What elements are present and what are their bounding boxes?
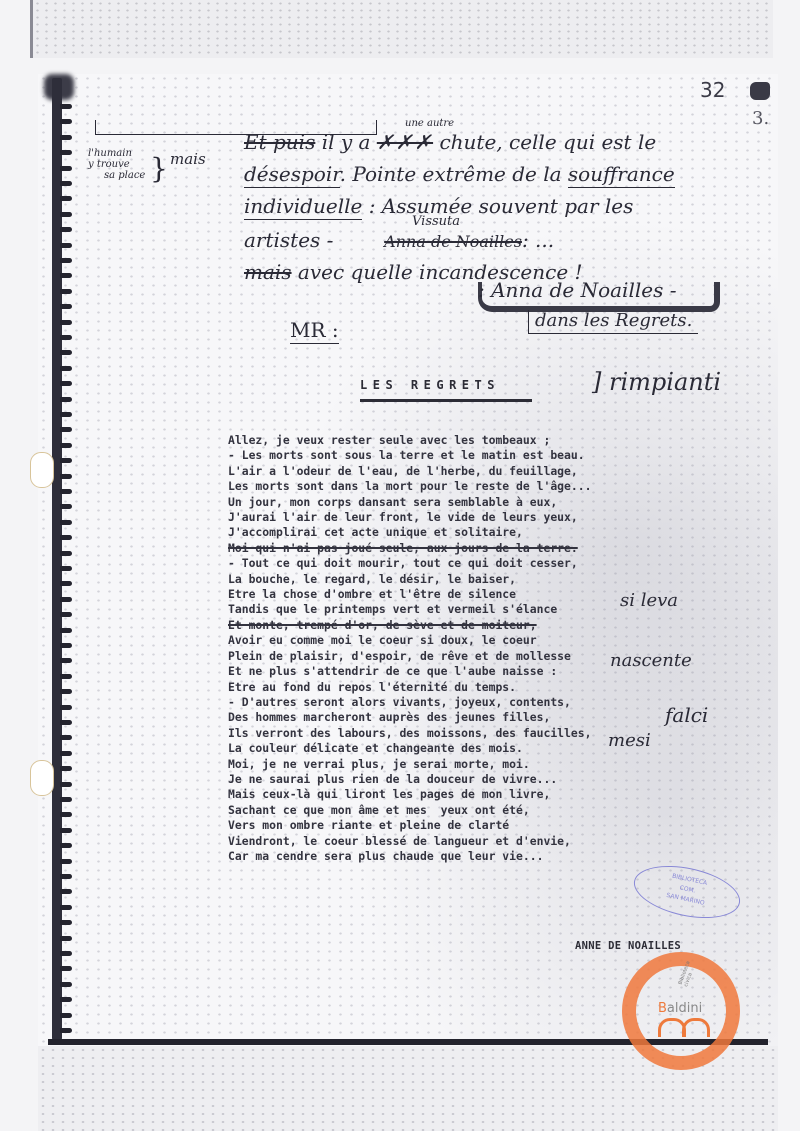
previous-page-edge: [30, 0, 773, 58]
poem-line: - Les morts sont sous la terre et le mat…: [228, 448, 591, 463]
poem-line: Un jour, mon corps dansant sera semblabl…: [228, 495, 591, 510]
spiral-ring: [60, 535, 72, 540]
spiral-ring: [60, 920, 72, 925]
spiral-ring: [60, 905, 72, 910]
poem-line: J'aurai l'air de leur front, le vide de …: [228, 510, 591, 525]
spiral-ring: [60, 843, 72, 848]
poem-line: Viendront, le coeur blessé de langueur e…: [228, 834, 591, 849]
spiral-ring: [60, 181, 72, 186]
insertion-note: Vissuta: [412, 214, 460, 229]
baldini-logo-text: Baldini: [658, 1001, 702, 1016]
spiral-ring: [60, 936, 72, 941]
annotation-text: artistes -: [244, 228, 333, 252]
spiral-ring: [60, 751, 72, 756]
spiral-ring: [60, 720, 72, 725]
spiral-ring: [60, 381, 72, 386]
spiral-ring: [60, 782, 72, 787]
spiral-ring: [60, 982, 72, 987]
annotation-text: chute, celle qui est le: [439, 130, 656, 154]
margin-mais: mais: [170, 150, 206, 168]
poem-line: Moi, je ne verrai plus, je serai morte, …: [228, 757, 591, 772]
right-note: nascente: [610, 650, 692, 671]
poem-body: Allez, je veux rester seule avec les tom…: [228, 433, 591, 864]
poem-line: Moi qui n'ai pas joué seule, aux jours d…: [228, 541, 591, 556]
spiral-ring: [60, 735, 72, 740]
annotation-line-2: désespoir. Pointe extrême de la souffran…: [244, 162, 675, 186]
poem-line: - D'autres seront alors vivants, joyeux,…: [228, 695, 591, 710]
brand-rest: aldini: [667, 1001, 702, 1016]
spiral-ring: [60, 628, 72, 633]
poem-line: Etre au fond du repos l'éternité du temp…: [228, 680, 591, 695]
sub-page-number: 3.: [752, 108, 769, 129]
spiral-ring: [60, 243, 72, 248]
spiral-ring: [60, 581, 72, 586]
page-number: 32: [700, 78, 725, 102]
mr-label: MR :: [290, 318, 339, 344]
margin-note-line: y trouve: [88, 159, 145, 170]
spiral-ring: [60, 135, 72, 140]
margin-note-line: l'humain: [88, 148, 145, 159]
annotation-line-7: dans les Regrets.: [528, 310, 698, 334]
title-underline: [360, 399, 532, 402]
ink-blot: [750, 82, 770, 100]
struck-text: ✗✗✗: [377, 130, 433, 154]
spiral-ring: [60, 966, 72, 971]
poem-line: Vers mon ombre riante et pleine de clart…: [228, 818, 591, 833]
spiral-ring: [60, 196, 72, 201]
right-note: si leva: [620, 590, 678, 611]
poem-line: Je ne saurai plus rien de la douceur de …: [228, 772, 591, 787]
brand-initial: B: [658, 1001, 667, 1016]
poem-line: Avoir eu comme moi le coeur si doux, le …: [228, 633, 591, 648]
spiral-ring: [60, 658, 72, 663]
annotation-line-1: Et puis il y a ✗✗✗ chute, celle qui est …: [244, 130, 656, 154]
spiral-ring: [60, 566, 72, 571]
spiral-ring: [60, 212, 72, 217]
struck-text: mais: [244, 260, 292, 284]
spiral-ring: [60, 458, 72, 463]
poem-line: Car ma cendre sera plus chaude que leur …: [228, 849, 591, 864]
poem-title: LES REGRETS: [360, 378, 500, 392]
spiral-ring: [60, 474, 72, 479]
spiral-ring: [60, 227, 72, 232]
poem-line: Etre la chose d'ombre et l'être de silen…: [228, 587, 591, 602]
spiral-ring: [60, 643, 72, 648]
spiral-ring: [60, 889, 72, 894]
spiral-ring: [60, 397, 72, 402]
spiral-ring: [60, 304, 72, 309]
spiral-ring: [60, 997, 72, 1002]
poem-line: Mais ceux-là qui liront les pages de mon…: [228, 787, 591, 802]
spiral-ring: [60, 289, 72, 294]
annotation-text: : ...: [522, 228, 554, 252]
poem-author: ANNE DE NOAILLES: [575, 940, 681, 952]
annotation-text: . Pointe extrême de la: [340, 162, 562, 186]
poem-line: Les morts sont dans la mort pour le rest…: [228, 479, 591, 494]
struck-text: Anna de Noailles: [384, 232, 522, 251]
poem-line: Plein de plaisir, d'espoir, de rêve et d…: [228, 649, 591, 664]
spiral-ring: [60, 366, 72, 371]
spiral-ring: [60, 412, 72, 417]
margin-note: l'humain y trouve sa place: [88, 148, 145, 181]
punch-hole: [30, 760, 54, 796]
annotation-line-6: : Anna de Noailles -: [478, 278, 676, 302]
spiral-ring: [60, 443, 72, 448]
right-note: falci: [665, 703, 708, 727]
poem-line: Des hommes marcheront auprès des jeunes …: [228, 710, 591, 725]
right-note: mesi: [608, 730, 651, 751]
brace-symbol: }: [150, 152, 168, 185]
spiral-ring: [60, 597, 72, 602]
annotation-text: : Assumée souvent par les: [369, 194, 634, 218]
annotation-line-4: artistes - Anna de Noailles: ...: [244, 228, 554, 252]
spiral-ring: [60, 551, 72, 556]
struck-text: Et puis: [244, 130, 315, 154]
poem-line: L'air a l'odeur de l'eau, de l'herbe, du…: [228, 464, 591, 479]
poem-line: La bouche, le regard, le désir, le baise…: [228, 572, 591, 587]
spiral-ring: [60, 812, 72, 817]
spiral-ring: [60, 320, 72, 325]
spiral-ring: [60, 859, 72, 864]
spiral-ring: [60, 612, 72, 617]
poem-line: J'accomplirai cet acte unique et solitai…: [228, 525, 591, 540]
spiral-ring: [60, 150, 72, 155]
spiral-ring: [60, 350, 72, 355]
title-note: ] rimpianti: [592, 368, 721, 396]
spiral-ring: [60, 874, 72, 879]
underlined-text: désespoir: [244, 162, 340, 188]
spiral-ring: [60, 951, 72, 956]
spiral-binding: [52, 78, 62, 1040]
baldini-book-icon: [682, 1018, 710, 1037]
poem-line: Allez, je veux rester seule avec les tom…: [228, 433, 591, 448]
spiral-ring: [60, 427, 72, 432]
margin-note-line: sa place: [88, 170, 145, 181]
spiral-ring: [60, 520, 72, 525]
spiral-ring: [60, 797, 72, 802]
spiral-ring: [60, 258, 72, 263]
punch-hole: [30, 452, 54, 488]
spiral-ring: [60, 335, 72, 340]
annotation-text: il y a: [322, 130, 371, 154]
spiral-ring: [60, 766, 72, 771]
insertion-note: une autre: [405, 118, 454, 129]
spiral-ring: [60, 1028, 72, 1033]
spiral-ring: [60, 689, 72, 694]
poem-line: Ils verront des labours, des moissons, d…: [228, 726, 591, 741]
poem-line: Et ne plus s'attendrir de ce que l'aube …: [228, 664, 591, 679]
poem-line: Tandis que le printemps vert et vermeil …: [228, 602, 591, 617]
spiral-ring: [60, 674, 72, 679]
spiral-ring: [60, 828, 72, 833]
spiral-ring: [60, 705, 72, 710]
spiral-ring: [60, 1013, 72, 1018]
spiral-ring: [60, 489, 72, 494]
poem-line: Sachant ce que mon âme et mes yeux ont é…: [228, 803, 591, 818]
underlined-text: individuelle: [244, 194, 362, 220]
spiral-ring: [60, 119, 72, 124]
spiral-ring: [60, 504, 72, 509]
spiral-ring: [60, 166, 72, 171]
spiral-ring: [60, 273, 72, 278]
poem-line: Et monte, trempé d'or, de sève et de moi…: [228, 618, 591, 633]
poem-line: La couleur délicate et changeante des mo…: [228, 741, 591, 756]
poem-line: - Tout ce qui doit mourir, tout ce qui d…: [228, 556, 591, 571]
spiral-ring: [60, 104, 72, 109]
underlined-text: souffrance: [568, 162, 675, 188]
